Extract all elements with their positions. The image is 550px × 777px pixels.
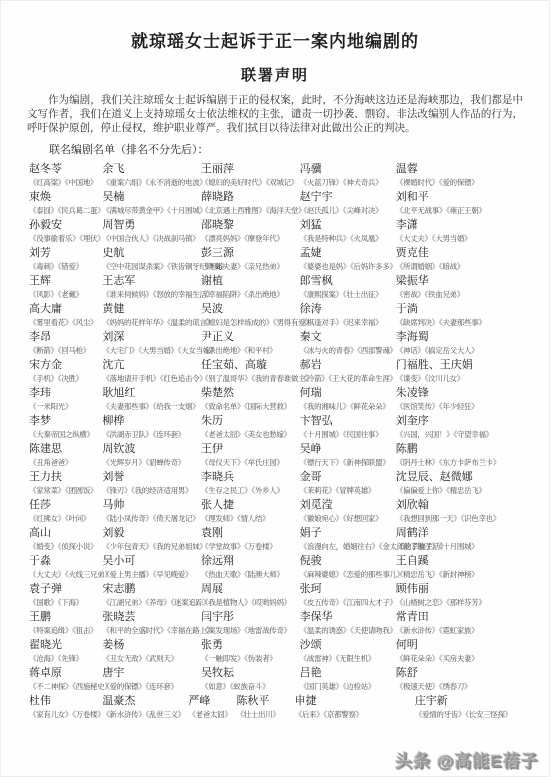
- writer-cell: 秦文《冰与火的青春》《西部警魂》: [300, 331, 396, 355]
- writer-row: 王辉《风影》《老戴》王志军《谁来伺候妈》《怒放的幸福生活》谢植《幸福陷阱》《杀出…: [29, 275, 535, 299]
- writer-works: 《沧海》《先锋》: [29, 654, 102, 663]
- writer-works: 《母仪天下》《牟氏庄园》: [201, 458, 300, 467]
- writer-cell: 邵晓黎《漂亮妈妈》《摩登年代》: [201, 219, 300, 243]
- writer-cell: 王伊《母仪天下》《牟氏庄园》: [201, 443, 300, 467]
- writer-works: 《皮五传奇》《江南四大才子》: [300, 598, 396, 607]
- writer-cell: 娟子《浪漫向左，婚姻往右》《金太郎的幸福生活》: [300, 527, 396, 551]
- writer-row: 陈建思《丑角爸爸》周钦波《光辉岁月》《貂蝉传奇》王伊《母仪天下》《牟氏庄园》吴峥…: [29, 443, 535, 467]
- writer-cell: 周鹤洋《爱了散了》《十月围城》: [396, 527, 535, 551]
- writer-name: 束焕: [29, 191, 102, 204]
- writer-name: 严峰: [188, 695, 236, 708]
- writer-works: 《中国合伙人》《决战刹马镇》: [102, 234, 201, 243]
- writer-cell: 马帅《陆小凤传奇》《倚天屠龙记》: [102, 499, 201, 523]
- writer-works: 《断箭》《回马枪》: [29, 346, 102, 355]
- writer-cell: 冯骥《火蓝刀锋》《神犬奇兵》: [300, 163, 396, 187]
- writer-name: 李梦: [29, 415, 102, 428]
- writer-name: 高大庸: [29, 303, 102, 316]
- writer-cell: 李玮《一米阳光》: [29, 387, 102, 411]
- writer-name: 唐宇: [102, 667, 201, 680]
- writer-name: 翟晓光: [29, 639, 102, 652]
- writer-works: 《新水浒传》《霓虹家族》: [396, 626, 535, 635]
- writer-name: 马帅: [102, 499, 201, 512]
- writer-name: 朱历: [201, 415, 300, 428]
- writer-cell: 赵宁宇《赵氏孤儿》《尖峰对决》: [300, 191, 396, 215]
- document-title-line1: 就琼瑶女士起诉于正一案内地编剧的: [1, 27, 549, 52]
- writer-works: 《火蓝刀锋》《神犬奇兵》: [300, 178, 396, 187]
- writer-name: 李玮: [29, 387, 102, 400]
- writer-works: 《洪湖赤卫队》《连环套》: [102, 430, 201, 439]
- writer-works: 《后来》《京都警察》: [295, 710, 415, 719]
- writer-cell: 王丽萍《媳妇的美好时代》《双城记》: [201, 163, 300, 187]
- writer-name: 王鹏: [29, 611, 102, 624]
- writer-cell: 卞智弘《十月围城》《民国往事》: [300, 415, 396, 439]
- writer-works: 《谍变》《汶川儿女》: [396, 374, 535, 383]
- writer-cell: 刘誉《锋刃》《我的经济适用男》: [102, 471, 201, 495]
- watermark-text: 头条 @高能E蓓子: [395, 747, 539, 772]
- writer-cell: 庄宇新《爱情的牙齿》《长安三怪探》: [415, 695, 535, 719]
- writer-name: 薛晓路: [201, 191, 300, 204]
- writer-cell: 刘奎序《兴国，兴国！》《守望幸福》: [396, 415, 535, 439]
- writer-cell: 宋方金《手机》《决胜》: [29, 359, 102, 383]
- writer-works: 《空中花园谋杀案》《铁齿铜牙纪晓岚》: [102, 262, 201, 271]
- writer-cell: 孙毅安《没事偷着乐》《埋伏》: [29, 219, 102, 243]
- writer-works: 《重案六组》《永不消逝的电波》: [102, 178, 201, 187]
- writer-works: 《别了温哥华》《我的青春谁做主》: [201, 374, 300, 383]
- writer-cell: 刘毅《少年包青天》《我的兄弟姐妹》: [102, 527, 201, 551]
- writer-name: 刘芳: [29, 247, 102, 260]
- writer-cell: 耿旭红《夫妻那些事》《给我一支烟》: [102, 387, 201, 411]
- writer-works: 《温柔的诱惑》《天使请吻我》: [300, 626, 396, 635]
- writer-name: 袁刚: [201, 527, 300, 540]
- writer-cell: 温蓉《裸婚时代》《爱的保镖》: [396, 163, 535, 187]
- document-page: 就琼瑶女士起诉于正一案内地编剧的 联署声明 作为编剧，我们关注琼瑶女士起诉编剧于…: [0, 0, 550, 777]
- writer-cell: 朱历《老爸太囧》《美女也愁嫁》: [201, 415, 300, 439]
- writer-works: 《所谓婚姻》《暗战》: [396, 262, 535, 271]
- writer-name: 陈舒: [396, 667, 535, 680]
- writer-cell: 周展《我是植物人》《哎哟妈妈》: [201, 583, 300, 607]
- writer-name: 柳桦: [102, 415, 201, 428]
- writer-works: 《新水浒传》《乱世三义》: [102, 710, 188, 719]
- writer-name: 陈秋平: [236, 695, 294, 708]
- writer-cell: 温豪杰《新水浒传》《乱世三义》: [102, 695, 188, 719]
- writer-cell: 黄健《妈妈的花样年华》《温柔的谎言》: [102, 303, 201, 327]
- writer-name: 刘深: [102, 331, 201, 344]
- writer-works: 《北京遇上西雅图》《海洋天堂》: [201, 206, 300, 215]
- writer-works: 《家有儿女》《万卷楼》: [29, 710, 102, 719]
- writer-cell: 沈亢《落地请开手机》《红色追击令》: [102, 359, 201, 383]
- writer-row: 赵冬苓《红高粱》《中国地》余飞《重案六组》《永不消逝的电波》王丽萍《媳妇的美好时…: [29, 163, 535, 187]
- writer-cell: 何瑞《我的湘味儿》《鲜花朵朵》: [300, 387, 396, 411]
- writer-name: 余飞: [102, 163, 201, 176]
- writer-works: 《婆婆也是妈》《后妈许多多》: [300, 262, 396, 271]
- writer-cell: 杜伟《家有儿女》《万卷楼》: [29, 695, 102, 719]
- writer-name: 高山: [29, 527, 102, 540]
- writer-name: 黄健: [102, 303, 201, 316]
- writer-cell: 王鹏《特案追缉》《狙击》: [29, 611, 102, 635]
- writer-cell: 周智勇《中国合伙人》《决战刹马镇》: [102, 219, 201, 243]
- writer-cell: 唐宇《爱的保镖》《连环套》: [102, 667, 201, 691]
- writer-works: 《媳妇是怎样炼成的》《男得有爱》: [201, 318, 300, 327]
- writer-name: 刘誉: [102, 471, 201, 484]
- writer-works: 《如意》《蚁族奋斗》: [201, 682, 300, 691]
- writer-name: 宋志鹏: [102, 583, 201, 596]
- writer-cell: 郎雪枫《康熙探案》《壮士出征》: [300, 275, 396, 299]
- writer-cell: 宋志鹏《江湖兄弟》《养母》《迷案追踪》: [102, 583, 201, 607]
- writer-name: 王自蹊: [396, 555, 535, 568]
- writer-works: 《老爸太囧》《美女也愁嫁》: [201, 430, 300, 439]
- writer-works: 《爱情的牙齿》《长安三怪探》: [415, 710, 535, 719]
- writer-name: 门福胜、王庆娟: [396, 359, 535, 372]
- writer-cell: 徐远翔《热血天歌》《陆澳大师》: [201, 555, 300, 579]
- writer-cell: 李昂《断箭》《回马枪》: [29, 331, 102, 355]
- writer-row: 高山《婚变》《侦探小说》刘毅《少年包青天》《我的兄弟姐妹》袁刚《学堂故事》《万卷…: [29, 527, 535, 551]
- writer-row: 李玮《一米阳光》耿旭红《夫妻那些事》《给我一支烟》柴楚然《致命名单》《国际大营救…: [29, 387, 535, 411]
- writer-cell: 吕艳《国门英雄》《边检站》: [300, 667, 396, 691]
- writer-name: 张勇: [201, 639, 300, 652]
- writer-row: 李梦《大秦帝国之纵横》柳桦《洪湖赤卫队》《连环套》朱历《老爸太囧》《美女也愁嫁》…: [29, 415, 535, 439]
- writer-name: 赵冬苓: [29, 163, 102, 176]
- writer-name: 何瑞: [300, 387, 396, 400]
- writer-works: 《落地请开手机》《红色追击令》: [102, 374, 201, 383]
- writer-works: 《陆小凤传奇》《倚天屠龙记》: [102, 514, 201, 523]
- writer-name: 吴峥: [300, 443, 396, 456]
- writer-works: 《偏偏爱上你》《精忠岳飞》: [396, 486, 535, 495]
- writer-works: 《江湖兄弟》《养母》《迷案追踪》: [102, 598, 201, 607]
- writer-cell: 高山《婚变》《侦探小说》: [29, 527, 102, 551]
- writer-name: 吴楠: [102, 191, 201, 204]
- writer-name: 孟婕: [300, 247, 396, 260]
- signatories-list-label: 联名编剧名单（排名不分先后）：: [27, 141, 523, 157]
- writer-works: 《阴丹士林》《东方卡萨布兰卡》: [396, 458, 535, 467]
- writer-works: 《缺席判决》《夫妻那些事》: [396, 318, 535, 327]
- writer-works: 《国门英雄》《边检站》: [300, 682, 396, 691]
- writer-works: 《大丈夫》《大男当婚》: [396, 234, 535, 243]
- writer-cell: 陈鹏《阴丹士林》《东方卡萨布兰卡》: [396, 443, 535, 467]
- writer-cell: 王辉《风影》《老戴》: [29, 275, 102, 299]
- writer-works: 《毒刺》《错爱》: [29, 262, 102, 271]
- writer-name: 郎雪枫: [300, 275, 396, 288]
- writer-works: 《手机》《决胜》: [29, 374, 102, 383]
- writer-works: 《少年包青天》《我的兄弟姐妹》: [102, 542, 201, 551]
- writer-name: 吕艳: [300, 667, 396, 680]
- writer-works: 《热血天歌》《陆澳大师》: [201, 570, 300, 579]
- writer-works: 《红拂女》《叶问》: [29, 514, 102, 523]
- writer-works: 《我是特种兵》《火凤凰》: [300, 234, 396, 243]
- writer-name: 柴楚然: [201, 387, 300, 400]
- writer-cell: 倪骏《麻辣婆媳》《恋爱的那些事儿》: [300, 555, 396, 579]
- writer-cell: 李潇《大丈夫》《大男当婚》: [396, 219, 535, 243]
- writer-cell: 申捷《后来》《京都警察》: [295, 695, 415, 719]
- writer-name: 于淌: [396, 303, 535, 316]
- writer-cell: 孟婕《婆婆也是妈》《后妈许多多》: [300, 247, 396, 271]
- writer-works: 《我想回到那一天》《识色幸也》: [396, 514, 535, 523]
- writer-cell: 李保华《温柔的诱惑》《天使请吻我》: [300, 611, 396, 635]
- writer-works: 《媳妇的美好时代》《双城记》: [201, 178, 300, 187]
- writer-name: 张晓芸: [102, 611, 201, 624]
- writer-cell: 刘深《大宅门》《大男当婚》《大女当嫁》: [102, 331, 201, 355]
- writer-cell: 严峰《老爸太囧》: [188, 695, 236, 719]
- writer-cell: 金哥《茉莉花》《冒牌英雄》: [300, 471, 396, 495]
- writer-cell: 沈昱辰、赵微娜《偏偏爱上你》《精忠岳飞》: [396, 471, 535, 495]
- writer-name: 刘猛: [300, 219, 396, 232]
- writer-works: 《半路夫妻》《亲兄热弟》: [201, 262, 300, 271]
- writer-works: 《浪漫向左，婚姻往右》《金太郎的幸福生活》: [300, 542, 396, 551]
- writer-name: 金哥: [300, 471, 396, 484]
- writer-works: 《我的湘味儿》《鲜花朵朵》: [300, 402, 396, 411]
- writer-cell: 彭三源《半路夫妻》《亲兄热弟》: [201, 247, 300, 271]
- writer-name: 沙颂: [300, 639, 396, 652]
- writer-name: 庄宇新: [415, 695, 535, 708]
- writer-cell: 王志军《谁来伺候妈》《怒放的幸福生活》: [102, 275, 201, 299]
- writer-works: 《案发现场》《地雷战传奇》: [201, 626, 300, 635]
- writer-works: 《家常菜》《团圆饭》: [29, 486, 102, 495]
- writer-cell: 何明《鲜花朵朵》《买房夫妻》: [396, 639, 535, 663]
- writer-works: 《精忠岳飞》《新封神榜》: [396, 570, 535, 579]
- writer-cell: 于淌《缺席判决》《夫妻那些事》: [396, 303, 535, 327]
- writer-row: 王力扶《家常菜》《团圆饭》刘誉《锋刃》《我的经济适用男》李晓兵《生存之民工》《外…: [29, 471, 535, 495]
- writer-name: 王伊: [201, 443, 300, 456]
- writer-name: 张人捷: [201, 499, 300, 512]
- writer-works: 《爱的保镖》《连环套》: [102, 682, 201, 691]
- writer-cell: 赵冬苓《红高粱》《中国地》: [29, 163, 102, 187]
- writer-row: 蒋卓原《不二神探》《西施秘史》唐宇《爱的保镖》《连环套》吴牧耘《如意》《蚁族奋斗…: [29, 667, 535, 691]
- writer-cell: 贾克佳《所谓婚姻》《暗战》: [396, 247, 535, 271]
- writer-works: 《爱上男主播》《早见晚爱》: [102, 570, 201, 579]
- writer-works: 《麻辣婆媳》《恋爱的那些事儿》: [300, 570, 396, 579]
- writer-cell: 吴牧耘《如意》《蚁族奋斗》: [201, 667, 300, 691]
- writer-works: 《大丈夫》《火线三兄弟》: [29, 570, 102, 579]
- writer-cell: 高大庸《雾里看花》《风尘》: [29, 303, 102, 327]
- writer-row: 刘芳《毒刺》《错爱》史航《空中花园谋杀案》《铁齿铜牙纪晓岚》彭三源《半路夫妻》《…: [29, 247, 535, 271]
- writer-works: 《杀出绝地》《和平村》: [201, 346, 300, 355]
- writer-name: 娟子: [300, 527, 396, 540]
- writer-name: 赵宁宇: [300, 191, 396, 204]
- writer-cell: 门福胜、王庆娟《谍变》《汶川儿女》: [396, 359, 535, 383]
- writer-name: 何明: [396, 639, 535, 652]
- writer-works: 《极速天使》《绣春刀》: [396, 682, 535, 691]
- writer-works: 《徽娘宛心》《好想回家》: [300, 514, 396, 523]
- writer-name: 郝岩: [300, 359, 396, 372]
- writer-works: 《红高粱》《中国地》: [29, 178, 102, 187]
- writer-cell: 张晓芸《和平的全盛时代》《幸福在路上》: [102, 611, 201, 635]
- writer-name: 袁子弹: [29, 583, 102, 596]
- writer-name: 温豪杰: [102, 695, 188, 708]
- writer-cell: 徐涛《棋逢对手》《迟来幸福》: [300, 303, 396, 327]
- writer-cell: 任莎《红拂女》《叶问》: [29, 499, 102, 523]
- writer-name: 王志军: [102, 275, 201, 288]
- writer-works: 《泰囧》《民兵葛二蛋》: [29, 206, 102, 215]
- writer-works: 《十月围城》《民国往事》: [300, 430, 396, 439]
- writer-name: 李潇: [396, 219, 535, 232]
- writer-cell: 蒋卓原《不二神探》《西施秘史》: [29, 667, 102, 691]
- writer-works: 《不二神探》《西施秘史》: [29, 682, 102, 691]
- writer-works: 《风影》《老戴》: [29, 290, 102, 299]
- writer-row: 王鹏《特案追缉》《狙击》张晓芸《和平的全盛时代》《幸福在路上》闫宇彤《案发现场》…: [29, 611, 535, 635]
- writer-works: 《山楂树之恋》《那样芬芳》: [396, 598, 535, 607]
- writer-name: 刘和平: [396, 191, 535, 204]
- writer-works: 《光辉岁月》《貂蝉传奇》: [102, 458, 201, 467]
- writer-works: 《大秦帝国之纵横》: [29, 430, 102, 439]
- writer-works: 《满城尽带黄金甲》《十月围城》: [102, 206, 201, 215]
- writer-cell: 梁振华《密战》《铁血兄弟》: [396, 275, 535, 299]
- writer-name: 张珂: [300, 583, 396, 596]
- writer-name: 常青田: [396, 611, 535, 624]
- writer-cell: 柴楚然《致命名单》《国际大营救》: [201, 387, 300, 411]
- writer-cell: 于淼《大丈夫》《火线三兄弟》: [29, 555, 102, 579]
- writer-works: 《北平无战事》《雍正王朝》: [396, 206, 535, 215]
- writer-cell: 袁子弹《国歌》《下海》: [29, 583, 102, 607]
- writer-cell: 李晓兵《生存之民工》《外乡人》: [201, 471, 300, 495]
- writer-works: 《爱了散了》《十月围城》: [396, 542, 535, 551]
- writer-cell: 吴波《媳妇是怎样炼成的》《男得有爱》: [201, 303, 300, 327]
- writer-works: 《冷箭》《王大花的革命生涯》: [300, 374, 396, 383]
- writer-name: 陈鹏: [396, 443, 535, 456]
- writer-works: 《医馆笑传》《年少轻狂》: [396, 402, 535, 411]
- statement-paragraph: 作为编剧，我们关注琼瑶女士起诉编剧于正的侵权案，此时，不分海峡这边还是海峡那边，…: [27, 94, 523, 136]
- writer-works: 《鲜花朵朵》《买房夫妻》: [396, 654, 535, 663]
- writer-name: 周展: [201, 583, 300, 596]
- writer-cell: 陈秋平《壮士出川》: [236, 695, 294, 719]
- writer-name: 沈昱辰、赵微娜: [396, 471, 535, 484]
- writer-works: 《密战》《铁血兄弟》: [396, 290, 535, 299]
- writer-works: 《和平的全盛时代》《幸福在路上》: [102, 626, 201, 635]
- writer-row: 翟晓光《沧海》《先锋》姜杨《丑女无敌》《武则天》张勇《一触即发》《伪装者》沙颂《…: [29, 639, 535, 663]
- writer-works: 《致命名单》《国际大营救》: [201, 402, 300, 411]
- writer-cell: 刘欣翰《我想回到那一天》《识色幸也》: [396, 499, 535, 523]
- writer-works: 《夫妻那些事》《给我一支烟》: [102, 402, 201, 411]
- writer-name: 耿旭红: [102, 387, 201, 400]
- writer-name: 吴小可: [102, 555, 201, 568]
- writer-works: 《一触即发》《伪装者》: [201, 654, 300, 663]
- writer-cell: 翟晓光《沧海》《先锋》: [29, 639, 102, 663]
- signatories-list: 赵冬苓《红高粱》《中国地》余飞《重案六组》《永不消逝的电波》王丽萍《媳妇的美好时…: [1, 161, 549, 719]
- writer-name: 顾伟丽: [396, 583, 535, 596]
- writer-cell: 陈建思《丑角爸爸》: [29, 443, 102, 467]
- writer-row: 束焕《泰囧》《民兵葛二蛋》吴楠《满城尽带黄金甲》《十月围城》薛晓路《北京遇上西雅…: [29, 191, 535, 215]
- writer-cell: 张珂《皮五传奇》《江南四大才子》: [300, 583, 396, 607]
- writer-name: 邵晓黎: [201, 219, 300, 232]
- writer-cell: 闫宇彤《案发现场》《地雷战传奇》: [201, 611, 300, 635]
- writer-works: 《茉莉花》《冒牌英雄》: [300, 486, 396, 495]
- writer-works: 《大宅门》《大男当婚》《大女当嫁》: [102, 346, 201, 355]
- writer-row: 高大庸《雾里看花》《风尘》黄健《妈妈的花样年华》《温柔的谎言》吴波《媳妇是怎样炼…: [29, 303, 535, 327]
- writer-works: 《战雷神》《无限生机》: [300, 654, 396, 663]
- writer-row: 李昂《断箭》《回马枪》刘深《大宅门》《大男当婚》《大女当嫁》尹正义《杀出绝地》《…: [29, 331, 535, 355]
- writer-name: 王力扶: [29, 471, 102, 484]
- writer-cell: 刘芳《毒刺》《错爱》: [29, 247, 102, 271]
- writer-cell: 朱凌锋《医馆笑传》《年少轻狂》: [396, 387, 535, 411]
- writer-cell: 周钦波《光辉岁月》《貂蝉传奇》: [102, 443, 201, 467]
- writer-works: 《谁来伺候妈》《怒放的幸福生活》: [102, 290, 201, 299]
- writer-works: 《理发师》《情人结》: [201, 514, 300, 523]
- writer-name: 杜伟: [29, 695, 102, 708]
- writer-works: 《幸福陷阱》《杀出绝地》: [201, 290, 300, 299]
- writer-name: 贾克佳: [396, 247, 535, 260]
- writer-cell: 郝岩《冷箭》《王大花的革命生涯》: [300, 359, 396, 383]
- writer-name: 姜杨: [102, 639, 201, 652]
- writer-name: 卞智弘: [300, 415, 396, 428]
- writer-name: 沈亢: [102, 359, 201, 372]
- writer-works: 《漂亮妈妈》《摩登年代》: [201, 234, 300, 243]
- writer-name: 吴波: [201, 303, 300, 316]
- writer-cell: 余飞《重案六组》《永不消逝的电波》: [102, 163, 201, 187]
- writer-cell: 袁刚《学堂故事》《万卷楼》: [201, 527, 300, 551]
- writer-name: 宋方金: [29, 359, 102, 372]
- writer-name: 温蓉: [396, 163, 535, 176]
- writer-cell: 史航《空中花园谋杀案》《铁齿铜牙纪晓岚》: [102, 247, 201, 271]
- writer-cell: 张人捷《理发师》《情人结》: [201, 499, 300, 523]
- writer-name: 刘毅: [102, 527, 201, 540]
- writer-works: 《国歌》《下海》: [29, 598, 102, 607]
- writer-cell: 王力扶《家常菜》《团圆饭》: [29, 471, 102, 495]
- writer-cell: 吴峥《镖行天下》《新神探联盟》: [300, 443, 396, 467]
- writer-name: 周鹤洋: [396, 527, 535, 540]
- writer-name: 秦文: [300, 331, 396, 344]
- writer-cell: 张勇《一触即发》《伪装者》: [201, 639, 300, 663]
- writer-cell: 姜杨《丑女无敌》《武则天》: [102, 639, 201, 663]
- writer-cell: 刘和平《北平无战事》《雍正王朝》: [396, 191, 535, 215]
- writer-works: 《老爸太囧》: [188, 710, 236, 719]
- writer-name: 徐远翔: [201, 555, 300, 568]
- writer-works: 《一米阳光》: [29, 402, 102, 411]
- writer-works: 《赵氏孤儿》《尖峰对决》: [300, 206, 396, 215]
- writer-cell: 吴楠《满城尽带黄金甲》《十月围城》: [102, 191, 201, 215]
- writer-name: 孙毅安: [29, 219, 102, 232]
- writer-cell: 李海蜀《神话》《搞定岳父大人》: [396, 331, 535, 355]
- writer-cell: 刘觅滢《徽娘宛心》《好想回家》: [300, 499, 396, 523]
- writer-name: 周钦波: [102, 443, 201, 456]
- writer-name: 王辉: [29, 275, 102, 288]
- writer-name: 谢植: [201, 275, 300, 288]
- writer-name: 梁振华: [396, 275, 535, 288]
- writer-name: 徐涛: [300, 303, 396, 316]
- writer-cell: 陈舒《极速天使》《绣春刀》: [396, 667, 535, 691]
- writer-name: 朱凌锋: [396, 387, 535, 400]
- writer-name: 周智勇: [102, 219, 201, 232]
- writer-works: 《壮士出川》: [236, 710, 294, 719]
- writer-name: 李昂: [29, 331, 102, 344]
- writer-works: 《婚变》《侦探小说》: [29, 542, 102, 551]
- writer-cell: 王自蹊《精忠岳飞》《新封神榜》: [396, 555, 535, 579]
- writer-works: 《雾里看花》《风尘》: [29, 318, 102, 327]
- writer-name: 申捷: [295, 695, 415, 708]
- writer-name: 陈建思: [29, 443, 102, 456]
- writer-cell: 李梦《大秦帝国之纵横》: [29, 415, 102, 439]
- writer-works: 《生存之民工》《外乡人》: [201, 486, 300, 495]
- writer-works: 《裸婚时代》《爱的保镖》: [396, 178, 535, 187]
- writer-row: 杜伟《家有儿女》《万卷楼》温豪杰《新水浒传》《乱世三义》严峰《老爸太囧》陈秋平《…: [29, 695, 535, 719]
- writer-name: 李保华: [300, 611, 396, 624]
- writer-works: 《棋逢对手》《迟来幸福》: [300, 318, 396, 327]
- writer-works: 《丑女无敌》《武则天》: [102, 654, 201, 663]
- writer-name: 刘欣翰: [396, 499, 535, 512]
- writer-name: 于淼: [29, 555, 102, 568]
- writer-works: 《我是植物人》《哎哟妈妈》: [201, 598, 300, 607]
- writer-row: 孙毅安《没事偷着乐》《埋伏》周智勇《中国合伙人》《决战刹马镇》邵晓黎《漂亮妈妈》…: [29, 219, 535, 243]
- writer-name: 蒋卓原: [29, 667, 102, 680]
- writer-cell: 沙颂《战雷神》《无限生机》: [300, 639, 396, 663]
- writer-name: 刘奎序: [396, 415, 535, 428]
- writer-works: 《神话》《搞定岳父大人》: [396, 346, 535, 355]
- writer-works: 《冰与火的青春》《西部警魂》: [300, 346, 396, 355]
- document-title-line2: 联署声明: [1, 64, 549, 85]
- writer-cell: 柳桦《洪湖赤卫队》《连环套》: [102, 415, 201, 439]
- writer-cell: 常青田《新水浒传》《霓虹家族》: [396, 611, 535, 635]
- writer-name: 闫宇彤: [201, 611, 300, 624]
- writer-row: 袁子弹《国歌》《下海》宋志鹏《江湖兄弟》《养母》《迷案追踪》周展《我是植物人》《…: [29, 583, 535, 607]
- writer-cell: 顾伟丽《山楂树之恋》《那样芬芳》: [396, 583, 535, 607]
- writer-name: 彭三源: [201, 247, 300, 260]
